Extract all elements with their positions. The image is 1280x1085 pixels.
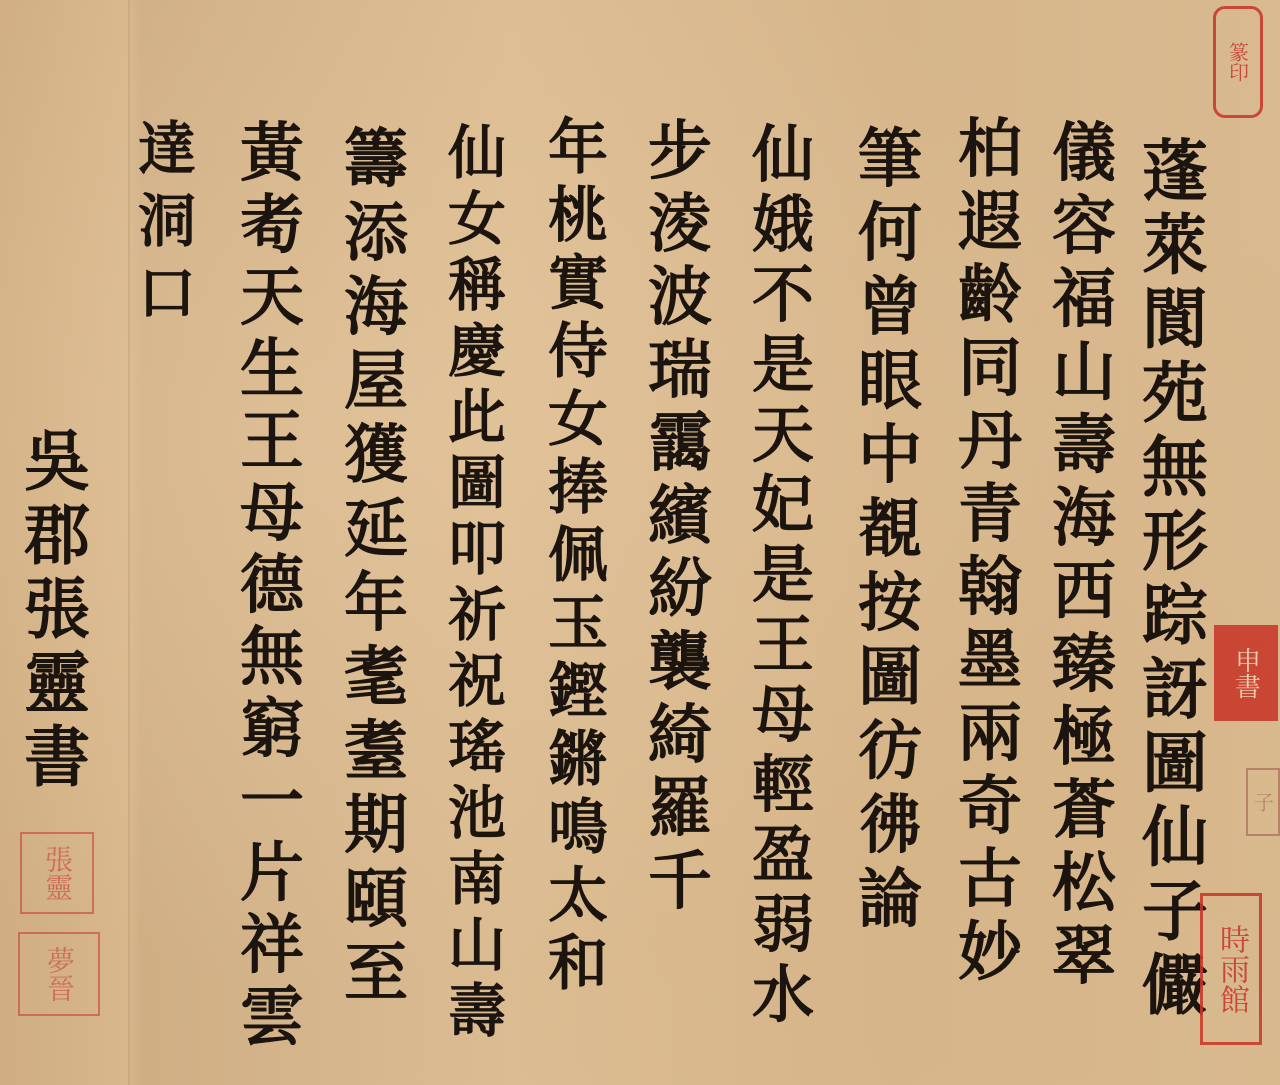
calligraphy-character: 古 — [958, 848, 1022, 912]
text-column-2: 儀容福山壽海西臻極蒼松翠 — [1052, 122, 1116, 989]
calligraphy-character: 片 — [240, 842, 304, 906]
calligraphy-character: 獲 — [344, 424, 408, 488]
calligraphy-character: 天 — [752, 404, 814, 466]
calligraphy-character: 生 — [240, 338, 304, 402]
seal-text: 夢晉 — [39, 946, 79, 1002]
calligraphy-character: 子 — [1142, 878, 1208, 944]
calligraphy-character: 池 — [448, 784, 506, 842]
text-column-1: 蓬萊閬苑無形踪訝圖仙子儼 — [1142, 138, 1208, 1018]
calligraphy-character: 彿 — [858, 794, 922, 858]
calligraphy-character: 妃 — [752, 474, 814, 536]
calligraphy-character: 綺 — [648, 704, 712, 768]
calligraphy-character: 翠 — [1052, 925, 1116, 989]
calligraphy-character: 儀 — [1052, 122, 1116, 186]
calligraphy-character: 鳴 — [548, 798, 608, 858]
seal-text: 子 — [1249, 792, 1278, 812]
text-column-5: 仙娥不是天妃是王母輕盈弱水 — [752, 124, 814, 1026]
calligraphy-character: 蒼 — [1052, 779, 1116, 843]
calligraphy-character: 不 — [752, 264, 814, 326]
calligraphy-character: 無 — [1142, 434, 1208, 500]
calligraphy-character: 是 — [752, 334, 814, 396]
calligraphy-character: 靄 — [648, 412, 712, 476]
calligraphy-character: 桃 — [548, 186, 608, 246]
calligraphy-character: 鏗 — [548, 662, 608, 722]
calligraphy-character: 添 — [344, 202, 408, 266]
calligraphy-character: 柏 — [958, 118, 1022, 182]
calligraphy-character: 仙 — [448, 124, 506, 182]
calligraphy-character: 曾 — [858, 276, 922, 340]
text-column-6: 步淩波瑞靄繽紛襲綺羅千 — [648, 120, 712, 914]
calligraphy-character: 祈 — [448, 586, 506, 644]
calligraphy-character: 耄 — [344, 646, 408, 710]
calligraphy-character: 仙 — [752, 124, 814, 186]
calligraphy-character: 同 — [958, 337, 1022, 401]
calligraphy-character: 此 — [448, 388, 506, 446]
calligraphy-character: 王 — [240, 410, 304, 474]
signature-character: 書 — [24, 724, 90, 790]
seal-text: 篆印 — [1224, 42, 1253, 82]
calligraphy-character: 訝 — [1142, 656, 1208, 722]
signature-character: 吳 — [24, 428, 90, 494]
calligraphy-character: 鏘 — [548, 730, 608, 790]
calligraphy-character: 頤 — [344, 868, 408, 932]
text-column-10: 黃耇天生王母德無窮一片祥雲 — [240, 122, 304, 1050]
calligraphy-character: 按 — [858, 572, 922, 636]
calligraphy-character: 女 — [548, 390, 608, 450]
calligraphy-character: 閬 — [1142, 286, 1208, 352]
seal-text: 時雨館 — [1209, 924, 1253, 1014]
paper-fold-line — [128, 0, 130, 1085]
calligraphy-character: 和 — [548, 934, 608, 994]
calligraphy-character: 儼 — [1142, 952, 1208, 1018]
calligraphy-character: 捧 — [548, 458, 608, 518]
calligraphy-character: 耋 — [344, 720, 408, 784]
calligraphy-character: 瑞 — [648, 339, 712, 403]
calligraphy-character: 步 — [648, 120, 712, 184]
calligraphy-scroll: 蓬萊閬苑無形踪訝圖仙子儼 儀容福山壽海西臻極蒼松翠 柏遐齡同丹青翰墨兩奇古妙 筆… — [0, 0, 1280, 1085]
calligraphy-character: 圖 — [1142, 730, 1208, 796]
calligraphy-character: 耇 — [240, 194, 304, 258]
calligraphy-character: 蓬 — [1142, 138, 1208, 204]
calligraphy-character: 松 — [1052, 852, 1116, 916]
calligraphy-character: 苑 — [1142, 360, 1208, 426]
calligraphy-character: 無 — [240, 626, 304, 690]
calligraphy-character: 兩 — [958, 702, 1022, 766]
calligraphy-character: 紛 — [648, 558, 712, 622]
calligraphy-character: 天 — [240, 266, 304, 330]
calligraphy-character: 波 — [648, 266, 712, 330]
calligraphy-character: 千 — [648, 850, 712, 914]
seal-left-upper: 張靈 — [20, 832, 94, 914]
calligraphy-character: 圖 — [448, 454, 506, 512]
calligraphy-character: 南 — [448, 850, 506, 908]
calligraphy-character: 彷 — [858, 720, 922, 784]
calligraphy-character: 遐 — [958, 191, 1022, 255]
calligraphy-character: 覩 — [858, 498, 922, 562]
calligraphy-character: 窮 — [240, 698, 304, 762]
calligraphy-character: 墨 — [958, 629, 1022, 693]
calligraphy-character: 論 — [858, 868, 922, 932]
calligraphy-character: 實 — [548, 254, 608, 314]
calligraphy-character: 仙 — [1142, 804, 1208, 870]
calligraphy-character: 佩 — [548, 526, 608, 586]
calligraphy-character: 侍 — [548, 322, 608, 382]
calligraphy-character: 奇 — [958, 775, 1022, 839]
calligraphy-character: 期 — [344, 794, 408, 858]
calligraphy-character: 叩 — [448, 520, 506, 578]
seal-left-lower: 夢晉 — [18, 932, 100, 1016]
calligraphy-character: 籌 — [344, 128, 408, 192]
calligraphy-character: 一 — [240, 770, 304, 834]
calligraphy-character: 羅 — [648, 777, 712, 841]
calligraphy-character: 繽 — [648, 485, 712, 549]
calligraphy-character: 西 — [1052, 560, 1116, 624]
calligraphy-character: 至 — [344, 942, 408, 1006]
calligraphy-character: 母 — [752, 684, 814, 746]
seal-right-bottom: 時雨館 — [1200, 893, 1262, 1045]
text-column-11: 達洞口 — [138, 120, 196, 322]
calligraphy-character: 青 — [958, 483, 1022, 547]
signature-character: 張 — [24, 576, 90, 642]
calligraphy-character: 盈 — [752, 824, 814, 886]
calligraphy-character: 翰 — [958, 556, 1022, 620]
calligraphy-character: 極 — [1052, 706, 1116, 770]
calligraphy-character: 娥 — [752, 194, 814, 256]
seal-text: 申書 — [1228, 647, 1265, 699]
calligraphy-character: 踪 — [1142, 582, 1208, 648]
text-column-8: 仙女稱慶此圖叩祈祝瑤池南山壽 — [448, 124, 506, 1040]
calligraphy-character: 母 — [240, 482, 304, 546]
calligraphy-character: 水 — [752, 964, 814, 1026]
calligraphy-character: 王 — [752, 614, 814, 676]
calligraphy-character: 黃 — [240, 122, 304, 186]
calligraphy-character: 稱 — [448, 256, 506, 314]
calligraphy-character: 臻 — [1052, 633, 1116, 697]
calligraphy-character: 襲 — [648, 631, 712, 695]
calligraphy-character: 祝 — [448, 652, 506, 710]
calligraphy-character: 壽 — [448, 982, 506, 1040]
calligraphy-character: 玉 — [548, 594, 608, 654]
signature-character: 靈 — [24, 650, 90, 716]
calligraphy-character: 太 — [548, 866, 608, 926]
text-column-9: 籌添海屋獲延年耄耋期頤至 — [344, 128, 408, 1006]
seal-top-right: 篆印 — [1213, 6, 1263, 118]
text-column-7: 年桃實侍女捧佩玉鏗鏘鳴太和 — [548, 118, 608, 994]
text-column-3: 柏遐齡同丹青翰墨兩奇古妙 — [958, 118, 1022, 985]
calligraphy-character: 筆 — [858, 128, 922, 192]
calligraphy-character: 屋 — [344, 350, 408, 414]
seal-right-small: 子 — [1246, 768, 1280, 836]
calligraphy-character: 口 — [138, 264, 196, 322]
artist-signature: 吳郡張靈書 — [24, 428, 90, 790]
calligraphy-character: 弱 — [752, 894, 814, 956]
calligraphy-character: 年 — [548, 118, 608, 178]
calligraphy-character: 年 — [344, 572, 408, 636]
calligraphy-character: 圖 — [858, 646, 922, 710]
seal-text: 張靈 — [37, 845, 77, 901]
calligraphy-character: 何 — [858, 202, 922, 266]
calligraphy-character: 壽 — [1052, 414, 1116, 478]
calligraphy-character: 形 — [1142, 508, 1208, 574]
calligraphy-character: 福 — [1052, 268, 1116, 332]
signature-character: 郡 — [24, 502, 90, 568]
seal-right-middle: 申書 — [1214, 625, 1278, 721]
calligraphy-character: 山 — [1052, 341, 1116, 405]
calligraphy-character: 眼 — [858, 350, 922, 414]
calligraphy-character: 妙 — [958, 921, 1022, 985]
calligraphy-character: 德 — [240, 554, 304, 618]
calligraphy-character: 雲 — [240, 986, 304, 1050]
calligraphy-character: 延 — [344, 498, 408, 562]
calligraphy-character: 慶 — [448, 322, 506, 380]
calligraphy-character: 瑤 — [448, 718, 506, 776]
calligraphy-character: 女 — [448, 190, 506, 248]
calligraphy-character: 齡 — [958, 264, 1022, 328]
calligraphy-character: 容 — [1052, 195, 1116, 259]
calligraphy-character: 洞 — [138, 192, 196, 250]
calligraphy-character: 丹 — [958, 410, 1022, 474]
calligraphy-character: 山 — [448, 916, 506, 974]
calligraphy-character: 萊 — [1142, 212, 1208, 278]
calligraphy-character: 淩 — [648, 193, 712, 257]
calligraphy-character: 輕 — [752, 754, 814, 816]
calligraphy-character: 中 — [858, 424, 922, 488]
calligraphy-character: 海 — [1052, 487, 1116, 551]
calligraphy-character: 祥 — [240, 914, 304, 978]
calligraphy-character: 是 — [752, 544, 814, 606]
calligraphy-character: 達 — [138, 120, 196, 178]
calligraphy-character: 海 — [344, 276, 408, 340]
text-column-4: 筆何曾眼中覩按圖彷彿論 — [858, 128, 922, 932]
